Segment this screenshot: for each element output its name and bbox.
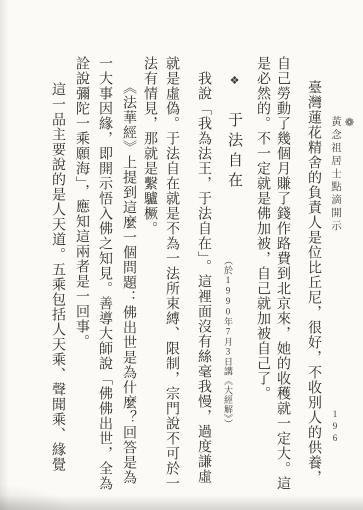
text-column: 一大事因緣，即開示悟入佛之知見。善導大師說「佛佛出世，全為 — [93, 56, 115, 491]
text-column: 《法華經》上提到這麼一個問題：佛出世是為什麼？回答是為 — [117, 80, 139, 485]
text-column: 自己勞動了幾個月賺了錢作路費到北京來，她的收穫就一定大。這 — [271, 56, 293, 491]
text-column: 是必然的。不一定就是佛加被，自己就加被自己了。 — [251, 56, 273, 401]
section-title: 于法自在 — [226, 112, 242, 192]
date-segment: （於 — [223, 256, 233, 275]
text-column: 詮說彌陀一乘願海」，應知這兩者是一回事。 — [70, 56, 92, 349]
date-segment: 年 — [223, 317, 233, 327]
date-segment: 7 — [223, 327, 233, 338]
text-column: 我說「我為法王，于法自在」。這裡面沒有絲毫我慢，過度謙虛 — [192, 71, 214, 484]
section-heading: ❖ 于法自在 — [224, 74, 245, 192]
date-segment: 3 — [223, 347, 233, 358]
text-column: 臺灣蓮花精舍的負責人是位比丘尼，很好，不收別人的供養， — [302, 80, 324, 485]
page-edge-shadow — [0, 0, 9, 510]
section-marker-icon: ❖ — [228, 74, 240, 87]
section-date: （於1990年7月3日講《大經解》） — [222, 256, 235, 429]
text-column: 就是虛偽。于法自在就是不為一法所束縛、限制，宗門說不可於一 — [160, 56, 182, 491]
date-segment: 日講《大經解》） — [223, 357, 233, 429]
date-segment: 月 — [223, 337, 233, 347]
text-column: 這一品主要說的是人天道。五乘包括人天乘、聲聞乘、緣覺 — [46, 82, 68, 472]
lotus-emblem-icon: ❁ — [343, 116, 356, 228]
book-page: ❁ 黃念祖居士點滴開示 196 臺灣蓮花精舍的負責人是位比丘尼，很好，不收別人的… — [0, 0, 363, 510]
page-corner-shadow — [0, 484, 70, 510]
text-column: 法有情見，那就是繫驢橛。 — [138, 56, 160, 236]
running-head: ❁ 黃念祖居士點滴開示 — [328, 116, 356, 233]
book-title: 黃念祖居士點滴開示 — [330, 116, 341, 233]
date-segment: 1990 — [223, 275, 233, 317]
page-number: 196 — [330, 409, 340, 445]
